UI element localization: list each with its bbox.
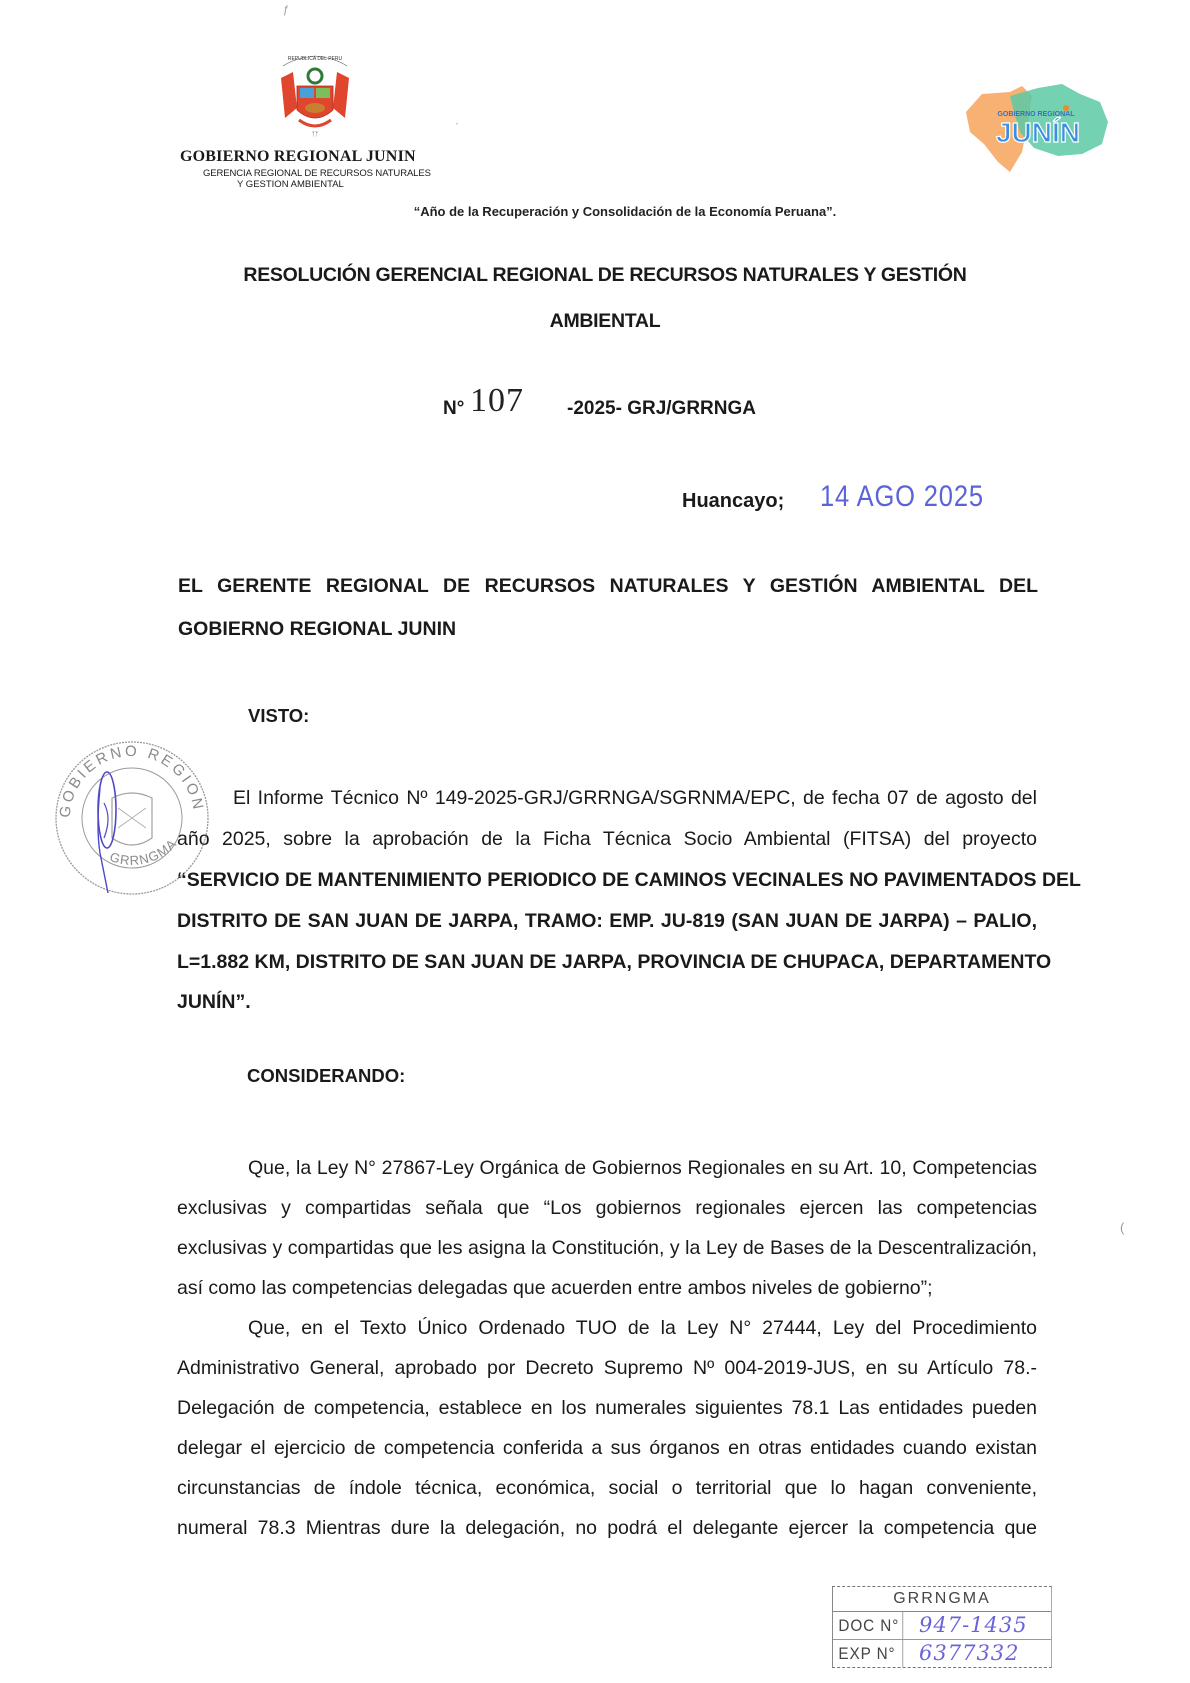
paragraph-line: numeral 78.3 Mientras dure la delegación…: [177, 1517, 1037, 1540]
official-seal: GOBIERNO REGIONAL JUNIN GRRNGMA: [52, 728, 212, 898]
coat-of-arms-logo: REPUBLICA DEL PERU ᛉᛉ: [275, 48, 355, 140]
paragraph-line: Que, la Ley N° 27867-Ley Orgánica de Gob…: [248, 1157, 1037, 1180]
resolution-title-line1: RESOLUCIÓN GERENCIAL REGIONAL DE RECURSO…: [0, 264, 1190, 287]
visto-line: JUNÍN”.: [177, 991, 1037, 1014]
svg-text:GRRNGMA: GRRNGMA: [108, 836, 180, 868]
authority-line2: GOBIERNO REGIONAL JUNIN: [178, 618, 456, 641]
visto-line: DISTRITO DE SAN JUAN DE JARPA, TRAMO: EM…: [177, 910, 1037, 933]
paragraph-line: así como las competencias delegadas que …: [177, 1277, 1037, 1300]
paragraph-line: delegar el ejercicio de competencia conf…: [177, 1437, 1037, 1460]
svg-text:REPUBLICA DEL PERU: REPUBLICA DEL PERU: [288, 56, 343, 62]
visto-line: L=1.882 KM, DISTRITO DE SAN JUAN DE JARP…: [177, 951, 1037, 974]
scan-mark: (: [1120, 1220, 1124, 1235]
issue-city: Huancayo;: [682, 490, 784, 513]
paragraph-line: circunstancias de índole técnica, económ…: [177, 1477, 1037, 1500]
doc-number-value: 947-1435: [911, 1612, 1051, 1639]
visto-line: El Informe Técnico Nº 149-2025-GRJ/GRRNG…: [233, 787, 1037, 810]
date-stamp: 14 AGO 2025: [820, 480, 984, 514]
resolution-number: 107: [470, 382, 524, 420]
registry-doc-row: DOC N° 947-1435: [833, 1612, 1051, 1640]
exp-number-label: EXP N°: [833, 1640, 903, 1667]
scan-mark: ƒ: [283, 4, 289, 16]
scan-mark: ˊ: [455, 122, 459, 134]
paragraph-line: Delegación de competencia, establece en …: [177, 1397, 1037, 1420]
svg-text:JUNÍN: JUNÍN: [996, 117, 1080, 148]
considerando-heading: CONSIDERANDO:: [247, 1065, 405, 1087]
junin-regional-logo: GOBIERNO REGIONAL JUNÍN: [962, 82, 1112, 177]
registry-stamp-header: GRRNGMA: [833, 1587, 1051, 1612]
organization-subtitle-line1: GERENCIA REGIONAL DE RECURSOS NATURALES: [203, 168, 431, 179]
year-motto: “Año de la Recuperación y Consolidación …: [0, 204, 1190, 219]
exp-number-value: 6377332: [911, 1640, 1051, 1667]
authority-line1: EL GERENTE REGIONAL DE RECURSOS NATURALE…: [178, 575, 1038, 598]
visto-line: año 2025, sobre la aprobación de la Fich…: [177, 828, 1037, 851]
resolution-number-prefix: N°: [443, 398, 464, 420]
resolution-title-line2: AMBIENTAL: [0, 310, 1190, 333]
registry-stamp: GRRNGMA DOC N° 947-1435 EXP N° 6377332: [832, 1586, 1052, 1668]
paragraph-line: Que, en el Texto Único Ordenado TUO de l…: [248, 1317, 1037, 1340]
visto-line: “SERVICIO DE MANTENIMIENTO PERIODICO DE …: [177, 869, 1037, 892]
resolution-number-suffix: -2025- GRJ/GRRNGA: [567, 398, 756, 420]
registry-exp-row: EXP N° 6377332: [833, 1640, 1051, 1667]
paragraph-line: Administrativo General, aprobado por Dec…: [177, 1357, 1037, 1380]
paragraph-line: exclusivas y compartidas señala que “Los…: [177, 1197, 1037, 1220]
organization-name: GOBIERNO REGIONAL JUNIN: [180, 148, 416, 166]
doc-number-label: DOC N°: [833, 1612, 903, 1639]
visto-heading: VISTO:: [248, 705, 309, 727]
paragraph-line: exclusivas y compartidas que les asigna …: [177, 1237, 1037, 1260]
organization-subtitle-line2: Y GESTION AMBIENTAL: [237, 179, 344, 190]
svg-text:ᛉᛉ: ᛉᛉ: [311, 131, 319, 138]
